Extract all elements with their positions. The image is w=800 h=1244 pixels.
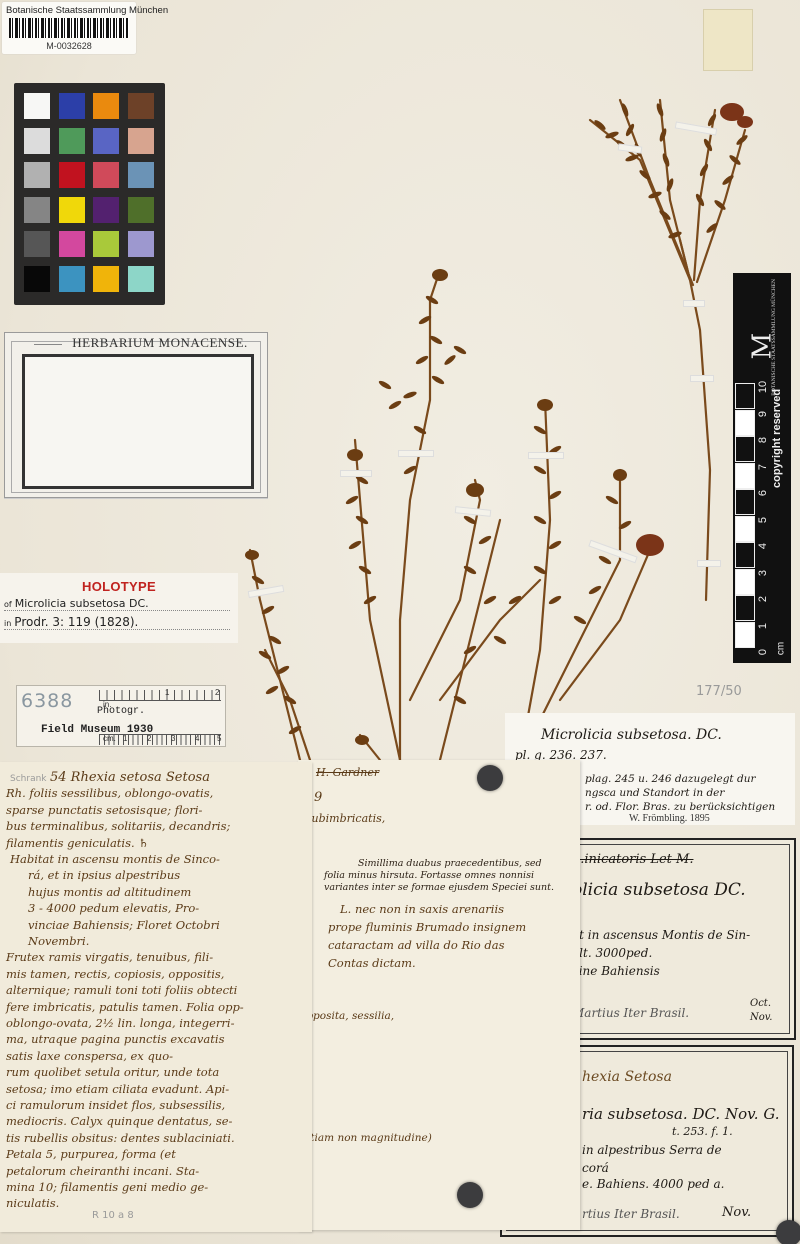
scale-tick: 0 bbox=[757, 644, 769, 660]
barcode-label: Botanische Staatssammlung München M-0032… bbox=[2, 2, 136, 54]
date-line: Nov. bbox=[722, 1205, 751, 1220]
manuscript-line: oblongo-ovata, 2½ lin. longa, integerri- bbox=[6, 1016, 235, 1030]
manuscript-line: Novembri. bbox=[28, 934, 89, 948]
color-swatch bbox=[59, 197, 85, 223]
mounting-strap bbox=[398, 450, 434, 457]
color-swatch bbox=[128, 197, 154, 223]
scale-segments bbox=[735, 383, 755, 653]
color-swatch bbox=[24, 128, 50, 154]
manuscript-line: alternique; ramuli toni toti foliis obte… bbox=[6, 983, 237, 997]
scale-segment bbox=[735, 436, 755, 462]
manuscript-line: hujus montis ad altitudinem bbox=[28, 885, 191, 899]
collector-line: Martius Iter Brasil. bbox=[572, 1006, 689, 1020]
locality-line: at in ascensus Montis de Sin- bbox=[572, 928, 750, 942]
color-swatch bbox=[128, 162, 154, 188]
manuscript-line: Habitat in ascensu montis de Sinco- bbox=[10, 852, 220, 866]
manuscript-line: setosa; imo etiam ciliata evadunt. Api- bbox=[6, 1082, 229, 1096]
text-line: Subimbricatis, bbox=[304, 812, 385, 825]
number: 9 bbox=[314, 790, 322, 805]
manuscript-sheet-middle: H. Gardner 9 Subimbricatis, Simillima du… bbox=[298, 760, 580, 1230]
holotype-label: HOLOTYPE ofMicrolicia subsetosa DC. inPr… bbox=[0, 573, 238, 643]
manuscript-line: rum quolibet setula oritur, unde tota bbox=[6, 1065, 219, 1079]
struck-name: ...inicatoris Let M. bbox=[572, 852, 693, 867]
label-blank-field bbox=[22, 354, 254, 489]
scale-tick-labels: 012345678910 bbox=[755, 381, 771, 656]
scale-tick: 8 bbox=[757, 432, 769, 448]
manuscript-line: mis tamen, rectis, copiosis, oppositis, bbox=[6, 967, 224, 981]
mounting-strap bbox=[690, 375, 714, 382]
manuscript-sheet-left: Schrank 54 Rhexia setosa SetosaRh. folii… bbox=[0, 762, 312, 1232]
institution-name: Botanische Staatssammlung München bbox=[6, 5, 168, 16]
mounting-pin bbox=[477, 765, 503, 791]
scale-segment bbox=[735, 383, 755, 409]
note-line: variantes inter se formae ejusdem Specie… bbox=[324, 882, 554, 893]
field-museum-photo-label: 6388 in. 1 2 Photogr. Field Museum 1930 … bbox=[16, 685, 226, 747]
color-swatch bbox=[93, 197, 119, 223]
manuscript-line: ma, utraque pagina punctis excavatis bbox=[6, 1032, 224, 1046]
manuscript-line: niculatis. bbox=[6, 1196, 59, 1210]
color-swatch bbox=[24, 93, 50, 119]
martius-label-1: ...inicatoris Let M. olicia subsetosa DC… bbox=[560, 838, 796, 1040]
habitat-line: prope fluminis Brumado insignem bbox=[328, 920, 526, 934]
habitat-line: L. nec non in saxis arenariis bbox=[340, 902, 504, 916]
color-swatch bbox=[128, 93, 154, 119]
manuscript-line: 54 Rhexia setosa Setosa bbox=[50, 770, 210, 785]
color-checker bbox=[14, 83, 165, 305]
locality-line: in alpestribus Serra de bbox=[582, 1143, 722, 1157]
scale-tick: 6 bbox=[757, 485, 769, 501]
locality-line: cine Bahiensis bbox=[572, 964, 660, 978]
manuscript-line: mediocris. Calyx quinque dentatus, se- bbox=[6, 1114, 232, 1128]
manuscript-line: fere imbricatis, patulis tamen. Folia op… bbox=[6, 1000, 244, 1014]
taxon-name: ria subsetosa. DC. Nov. G. bbox=[582, 1105, 780, 1123]
scale-segment bbox=[735, 489, 755, 515]
scale-tick: 10 bbox=[757, 379, 769, 395]
color-swatch bbox=[59, 93, 85, 119]
manuscript-line: filamentis geniculatis. ♄ bbox=[6, 836, 149, 850]
figure-reference: t. 253. f. 1. bbox=[672, 1125, 733, 1138]
mounting-strap bbox=[697, 560, 721, 567]
habitat-line: Contas dictam. bbox=[328, 956, 416, 970]
color-swatch bbox=[128, 231, 154, 257]
scale-segment bbox=[735, 622, 755, 648]
scale-segment bbox=[735, 569, 755, 595]
color-swatch bbox=[128, 266, 154, 292]
color-swatch bbox=[93, 93, 119, 119]
manuscript-line: Rh. foliis sessilibus, oblongo-ovatis, bbox=[6, 786, 213, 800]
barcode-number: M-0032628 bbox=[2, 41, 136, 51]
color-swatch bbox=[93, 162, 119, 188]
manuscript-line: Petala 5, purpurea, forma (et bbox=[6, 1147, 176, 1161]
holotype-taxon-line: ofMicrolicia subsetosa DC. bbox=[4, 597, 230, 611]
note-line: folia minus hirsuta. Fortasse omnes nonn… bbox=[324, 870, 534, 881]
scale-segment bbox=[735, 463, 755, 489]
copyright-text: copyright reserved bbox=[771, 368, 783, 488]
color-swatch bbox=[59, 266, 85, 292]
inch-ruler bbox=[99, 690, 221, 701]
color-swatch bbox=[24, 231, 50, 257]
collector-line: rtius Iter Brasil. bbox=[582, 1207, 680, 1221]
institution-logo-icon: M bbox=[747, 333, 777, 360]
manuscript-line: satis laxe conspersa, ex quo- bbox=[6, 1049, 173, 1063]
struck-heading: H. Gardner bbox=[316, 766, 379, 779]
pencil-note: Schrank bbox=[10, 774, 47, 784]
scale-tick: 9 bbox=[757, 406, 769, 422]
photogr-text: Photogr. bbox=[97, 706, 145, 717]
scale-segment bbox=[735, 542, 755, 568]
mounting-strap bbox=[340, 470, 372, 477]
manuscript-line: petalorum cheiranthi incani. Sta- bbox=[6, 1164, 199, 1178]
herbarium-sheet: Botanische Staatssammlung München M-0032… bbox=[0, 0, 800, 1244]
leaves bbox=[245, 103, 753, 745]
color-swatch bbox=[59, 231, 85, 257]
manuscript-line: vinciae Bahiensis; Floret Octobri bbox=[28, 918, 220, 932]
holotype-publication-line: inProdr. 3: 119 (1828). bbox=[4, 615, 230, 630]
manuscript-line: 3 - 4000 pedum elevatis, Pro- bbox=[28, 901, 199, 915]
manuscript-line: Frutex ramis virgatis, tenuibus, fili- bbox=[6, 950, 213, 964]
scale-tick: 5 bbox=[757, 512, 769, 528]
locality-line: e. Bahiens. 4000 ped a. bbox=[582, 1177, 725, 1191]
date-line: Nov. bbox=[750, 1012, 772, 1023]
color-swatch bbox=[59, 128, 85, 154]
scale-tick: 7 bbox=[757, 459, 769, 475]
color-swatch bbox=[93, 128, 119, 154]
color-swatch bbox=[93, 231, 119, 257]
signature: W. Frömbling. 1895 bbox=[629, 813, 710, 824]
taxon-name: olicia subsetosa DC. bbox=[572, 880, 746, 900]
genus-line: hexia Setosa bbox=[582, 1069, 672, 1085]
note-line: plag. 245 u. 246 dazugelegt dur bbox=[585, 773, 756, 785]
handwritten-number: 6388 bbox=[21, 690, 73, 712]
color-swatch bbox=[24, 162, 50, 188]
scale-segment bbox=[735, 410, 755, 436]
color-swatch bbox=[128, 128, 154, 154]
scale-unit: cm bbox=[776, 641, 787, 657]
scale-tick: 2 bbox=[757, 591, 769, 607]
holotype-heading: HOLOTYPE bbox=[0, 579, 238, 594]
color-swatch bbox=[24, 197, 50, 223]
scale-segment bbox=[735, 595, 755, 621]
barcode bbox=[9, 18, 129, 38]
scale-tick: 1 bbox=[757, 618, 769, 634]
pencil-footer: R 10 a 8 bbox=[92, 1210, 134, 1221]
manuscript-line: ci ramulorum insidet flos, subsessilis, bbox=[6, 1098, 225, 1112]
note-line: r. od. Flor. Bras. zu berücksichtigen bbox=[585, 801, 775, 813]
locality-line: corá bbox=[582, 1161, 609, 1175]
habitat-line: cataractam ad villa do Rio das bbox=[328, 938, 505, 952]
note-line: ngsca und Standort in der bbox=[585, 787, 724, 799]
date-line: Oct. bbox=[750, 998, 771, 1009]
mounting-strap bbox=[528, 452, 564, 459]
mounting-strap bbox=[683, 300, 705, 307]
text-line: (etiam non magnitudine) bbox=[300, 1132, 432, 1144]
manuscript-line: tis rubellis obsitus: dentes sublaciniat… bbox=[6, 1131, 235, 1145]
accession-pencil-note: 177/50 bbox=[696, 684, 742, 699]
scale-bar: BOTANISCHE STAATSSAMMLUNG MÜNCHEN M 0123… bbox=[733, 273, 791, 663]
manuscript-line: mina 10; filamentis geni medio ge- bbox=[6, 1180, 208, 1194]
manuscript-line: bus terminalibus, solitariis, decandris; bbox=[6, 819, 230, 833]
taxon-name: Microlicia subsetosa. DC. bbox=[541, 727, 722, 743]
color-swatch bbox=[93, 266, 119, 292]
cm-ruler bbox=[99, 734, 221, 745]
locality-line: alt. 3000ped. bbox=[572, 946, 652, 960]
note-line: Simillima duabus praecedentibus, sed bbox=[358, 858, 542, 869]
color-swatch bbox=[59, 162, 85, 188]
mounting-pin bbox=[457, 1182, 483, 1208]
manuscript-line: sparse punctatis setosisque; flori- bbox=[6, 803, 202, 817]
text-line: opposita, sessilia, bbox=[300, 1010, 394, 1022]
scale-tick: 3 bbox=[757, 565, 769, 581]
scale-segment bbox=[735, 516, 755, 542]
herbarium-monacense-label: HERBARIUM MONACENSE. bbox=[4, 332, 268, 498]
color-swatch-grid bbox=[24, 93, 154, 292]
scale-tick: 4 bbox=[757, 538, 769, 554]
color-swatch bbox=[24, 266, 50, 292]
manuscript-line: rá, et in ipsius alpestribus bbox=[28, 868, 180, 882]
mounting-pin bbox=[776, 1220, 800, 1244]
